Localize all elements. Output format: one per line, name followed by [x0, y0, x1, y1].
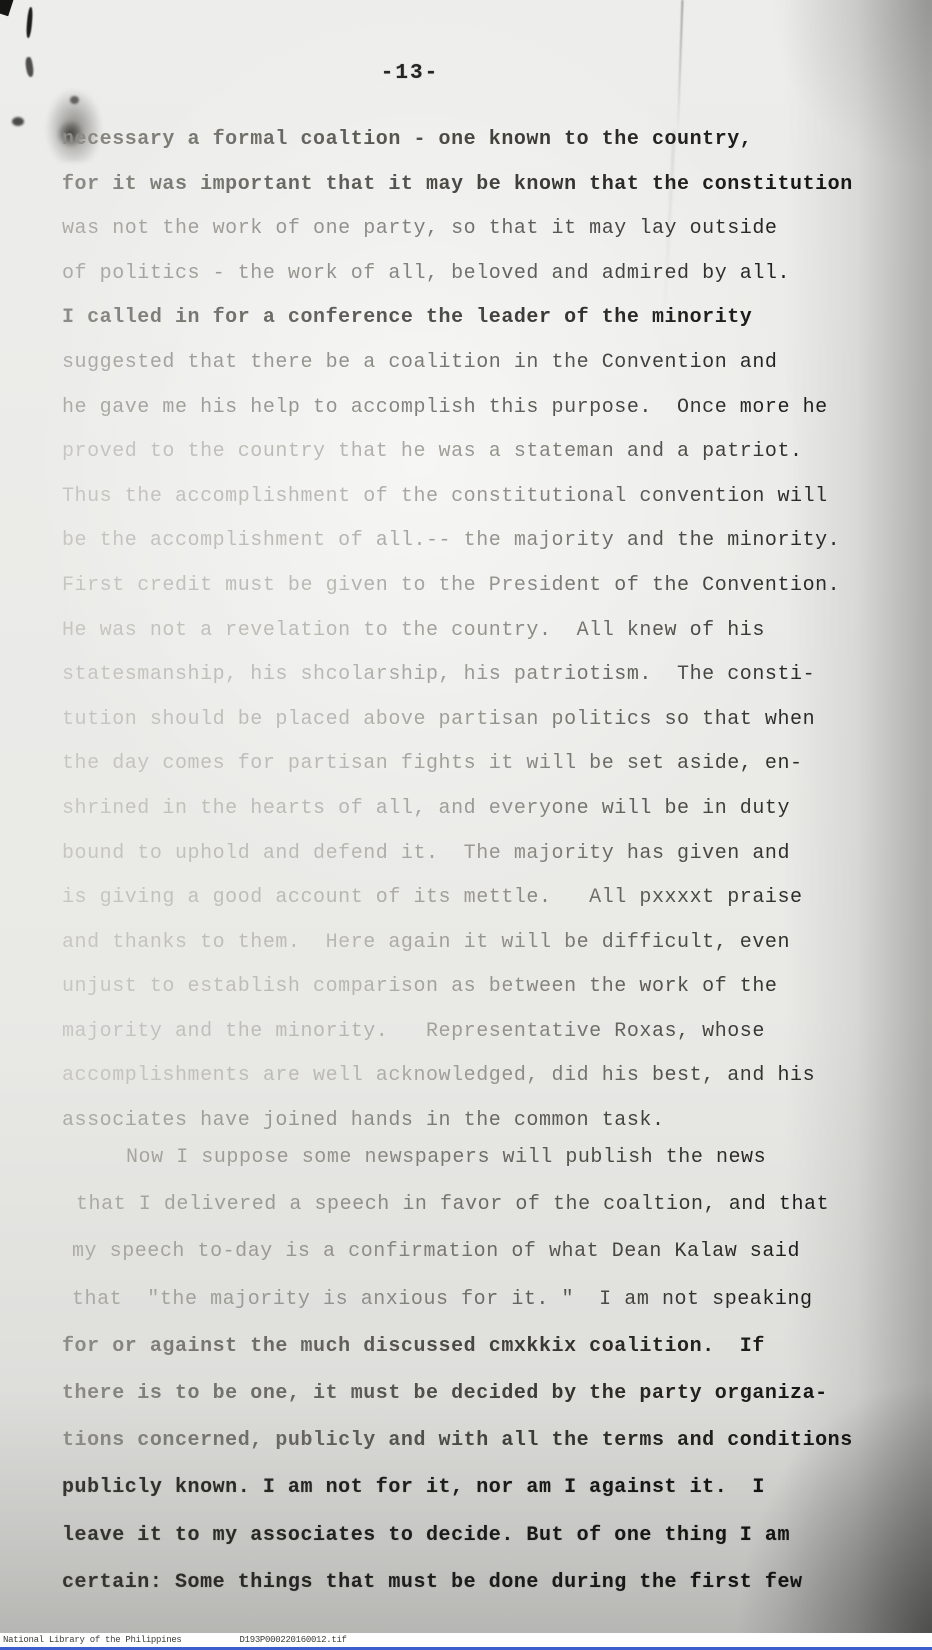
ink-stroke-mark	[26, 7, 34, 38]
smudge-dot	[70, 96, 79, 104]
scan-filename: D193P000220160012.tif	[240, 1635, 347, 1645]
text-line: suggested that there be a coalition in t…	[62, 351, 853, 396]
text-line: publicly known. I am not for it, nor am …	[62, 1476, 853, 1523]
text-line: leave it to my associates to decide. But…	[62, 1524, 853, 1571]
library-name: National Library of the Philippines	[3, 1635, 182, 1645]
text-line: majority and the minority. Representativ…	[62, 1020, 853, 1065]
text-line: unjust to establish comparison as betwee…	[62, 975, 853, 1020]
document-viewer: -13- necessary a formal coaltion - one k…	[0, 0, 932, 1650]
page-number: -13-	[0, 62, 820, 85]
text-line: bound to uphold and defend it. The major…	[62, 842, 853, 887]
text-line: there is to be one, it must be decided b…	[62, 1382, 853, 1429]
text-line: First credit must be given to the Presid…	[62, 574, 853, 619]
paragraph-1: necessary a formal coaltion - one known …	[62, 128, 853, 1154]
text-line: for it was important that it may be know…	[62, 173, 853, 218]
text-line: statesmanship, his shcolarship, his patr…	[62, 663, 853, 708]
text-line: He was not a revelation to the country. …	[62, 619, 853, 664]
text-line: that I delivered a speech in favor of th…	[62, 1193, 853, 1240]
text-line: was not the work of one party, so that i…	[62, 217, 853, 262]
text-line: and thanks to them. Here again it will b…	[62, 931, 853, 976]
scanned-page: -13- necessary a formal coaltion - one k…	[0, 0, 932, 1633]
text-line: for or against the much discussed cmxkki…	[62, 1335, 853, 1382]
corner-ink-mark	[0, 0, 15, 16]
text-line: certain: Some things that must be done d…	[62, 1571, 853, 1618]
text-line: proved to the country that he was a stat…	[62, 440, 853, 485]
text-line: is giving a good account of its mettle. …	[62, 886, 853, 931]
text-line: he gave me his help to accomplish this p…	[62, 396, 853, 441]
text-line: my speech to-day is a confirmation of wh…	[62, 1240, 853, 1287]
text-line: the day comes for partisan fights it wil…	[62, 752, 853, 797]
text-line: of politics - the work of all, beloved a…	[62, 262, 853, 307]
paragraph-2: Now I suppose some newspapers will publi…	[62, 1146, 853, 1618]
ink-dot-mark	[12, 117, 24, 126]
text-line: tution should be placed above partisan p…	[62, 708, 853, 753]
text-line: be the accomplishment of all.-- the majo…	[62, 529, 853, 574]
text-line: accomplishments are well acknowledged, d…	[62, 1064, 853, 1109]
text-line: shrined in the hearts of all, and everyo…	[62, 797, 853, 842]
text-line: Now I suppose some newspapers will publi…	[62, 1146, 853, 1193]
text-line: I called in for a conference the leader …	[62, 306, 853, 351]
text-line: that "the majority is anxious for it. " …	[62, 1288, 853, 1335]
text-line: tions concerned, publicly and with all t…	[62, 1429, 853, 1476]
viewer-footer: National Library of the Philippines D193…	[0, 1633, 932, 1647]
text-line: necessary a formal coaltion - one known …	[62, 128, 853, 173]
text-line: Thus the accomplishment of the constitut…	[62, 485, 853, 530]
